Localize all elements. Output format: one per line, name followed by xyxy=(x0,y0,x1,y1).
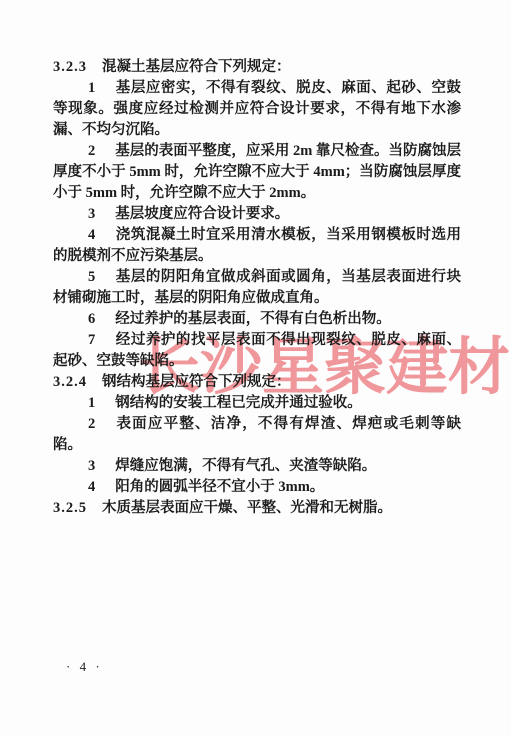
paragraph-number: 1 xyxy=(88,80,96,96)
paragraph-text: 表面应平整、洁净，不得有焊渣、焊疤或毛刺等缺陷。 xyxy=(53,416,461,453)
item-paragraph: 4阳角的圆弧半径不宜小于 3mm。 xyxy=(53,477,461,498)
item-paragraph: 5基层的阴阳角宜做成斜面或圆角，当基层表面进行块材铺砌施工时，基层的阴阳角应做成… xyxy=(53,267,461,309)
paragraph-number: 7 xyxy=(88,332,96,348)
item-paragraph: 2表面应平整、洁净，不得有焊渣、焊疤或毛刺等缺陷。 xyxy=(53,414,461,456)
paragraph-text: 木质基层表面应干燥、平整、光滑和无树脂。 xyxy=(102,500,392,516)
paragraph-number: 3.2.4 xyxy=(53,374,87,390)
item-paragraph: 3基层坡度应符合设计要求。 xyxy=(53,204,461,225)
page-number: · 4 · xyxy=(66,659,103,675)
paragraph-text: 经过养护的基层表面，不得有白色析出物。 xyxy=(115,311,391,327)
paragraph-number: 6 xyxy=(88,311,96,327)
paragraph-text: 基层的阴阳角宜做成斜面或圆角，当基层表面进行块材铺砌施工时，基层的阴阳角应做成直… xyxy=(53,269,461,306)
scanned-document-page: 长沙星聚建材 3.2.3混凝土基层应符合下列规定：1基层应密实，不得有裂纹、脱皮… xyxy=(0,0,511,737)
paragraph-text: 焊缝应饱满，不得有气孔、夹渣等缺陷。 xyxy=(115,458,376,474)
paragraph-number: 5 xyxy=(88,269,96,285)
paragraph-number: 3.2.5 xyxy=(53,500,87,516)
paragraph-text: 钢结构基层应符合下列规定： xyxy=(102,374,291,390)
item-paragraph: 7经过养护的找平层表面不得出现裂纹、脱皮、麻面、起砂、空鼓等缺陷。 xyxy=(53,330,461,372)
paragraph-number: 2 xyxy=(88,143,96,159)
item-paragraph: 4浇筑混凝土时宜采用清水模板，当采用钢模板时选用的脱模剂不应污染基层。 xyxy=(53,225,461,267)
paragraph-number: 4 xyxy=(88,227,96,243)
paragraph-text: 基层坡度应符合设计要求。 xyxy=(115,206,289,222)
paragraph-text: 基层的表面平整度，应采用 2m 靠尺检查。当防腐蚀层厚度不小于 5mm 时，允许… xyxy=(53,143,461,201)
paragraph-number: 2 xyxy=(88,416,96,432)
clause-paragraph: 3.2.3混凝土基层应符合下列规定： xyxy=(53,57,461,78)
paragraph-number: 3 xyxy=(88,458,96,474)
item-paragraph: 2基层的表面平整度，应采用 2m 靠尺检查。当防腐蚀层厚度不小于 5mm 时，允… xyxy=(53,141,461,204)
clause-paragraph: 3.2.4钢结构基层应符合下列规定： xyxy=(53,372,461,393)
clause-paragraph: 3.2.5木质基层表面应干燥、平整、光滑和无树脂。 xyxy=(53,498,461,519)
item-paragraph: 6经过养护的基层表面，不得有白色析出物。 xyxy=(53,309,461,330)
paragraph-text: 基层应密实，不得有裂纹、脱皮、麻面、起砂、空鼓等现象。强度应经过检测并应符合设计… xyxy=(53,80,461,138)
paragraph-number: 1 xyxy=(88,395,96,411)
item-paragraph: 1基层应密实，不得有裂纹、脱皮、麻面、起砂、空鼓等现象。强度应经过检测并应符合设… xyxy=(53,78,461,141)
paragraph-text: 浇筑混凝土时宜采用清水模板，当采用钢模板时选用的脱模剂不应污染基层。 xyxy=(53,227,461,264)
paragraph-text: 混凝土基层应符合下列规定： xyxy=(102,59,291,75)
paragraph-number: 3 xyxy=(88,206,96,222)
paragraph-text: 钢结构的安装工程已完成并通过验收。 xyxy=(115,395,362,411)
paragraph-text: 阳角的圆弧半径不宜小于 3mm。 xyxy=(115,479,324,495)
item-paragraph: 3焊缝应饱满，不得有气孔、夹渣等缺陷。 xyxy=(53,456,461,477)
paragraph-number: 3.2.3 xyxy=(53,59,87,75)
document-body: 3.2.3混凝土基层应符合下列规定：1基层应密实，不得有裂纹、脱皮、麻面、起砂、… xyxy=(53,57,461,519)
item-paragraph: 1钢结构的安装工程已完成并通过验收。 xyxy=(53,393,461,414)
paragraph-text: 经过养护的找平层表面不得出现裂纹、脱皮、麻面、起砂、空鼓等缺陷。 xyxy=(53,332,461,369)
paragraph-number: 4 xyxy=(88,479,96,495)
